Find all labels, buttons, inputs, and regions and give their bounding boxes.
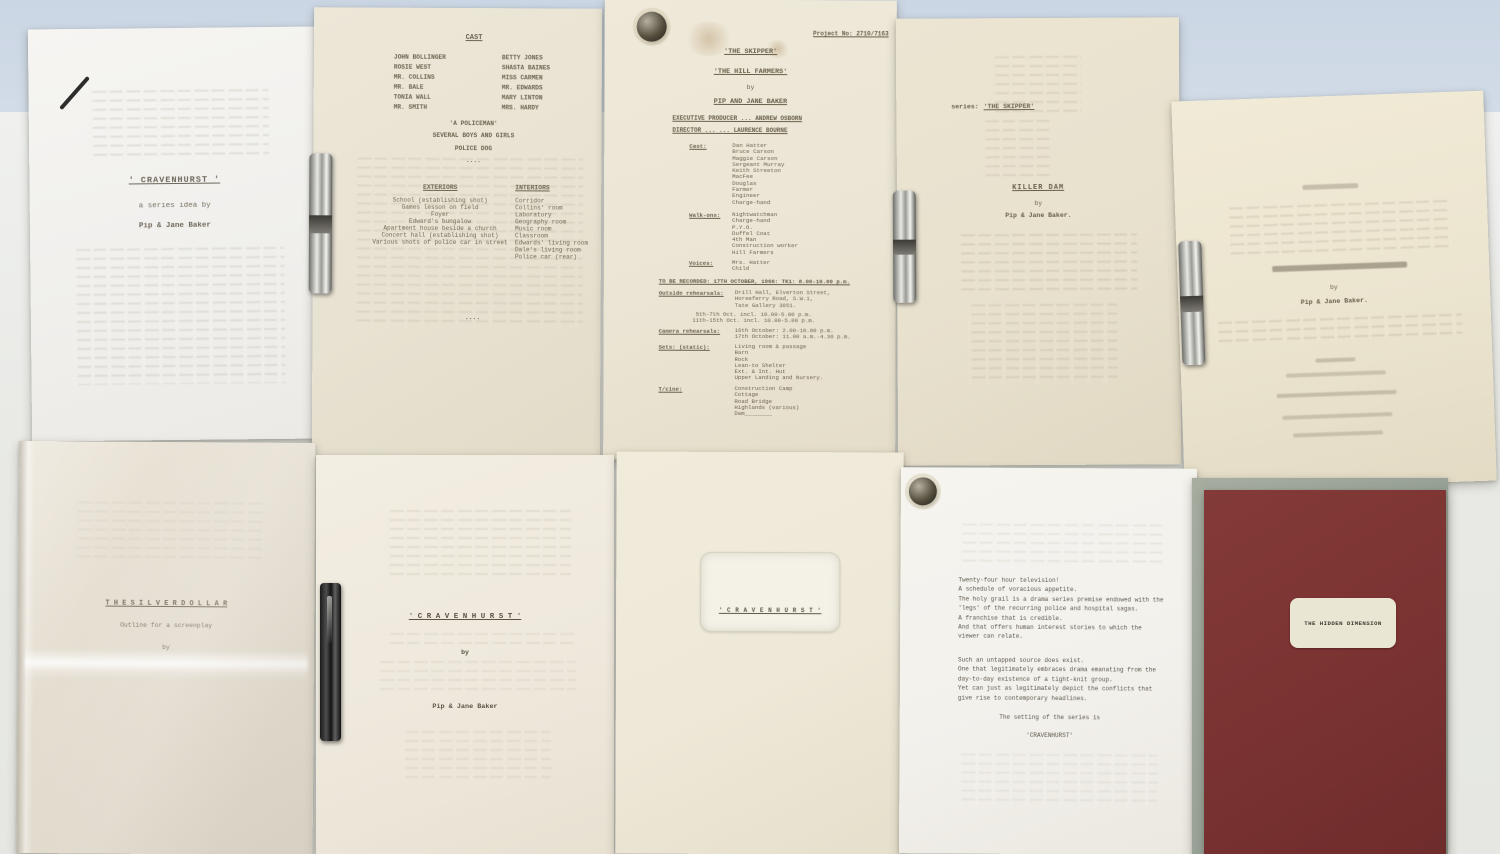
voice-name: Child: [732, 266, 770, 272]
voices-label: Voices:: [689, 260, 732, 273]
interiors-block: INTERIORS CorridorCollins' roomLaborator…: [515, 184, 615, 261]
authors: Pip & Jane Baker: [316, 703, 614, 711]
cast-name: MISS CARMEN: [502, 73, 584, 83]
cast-name: JOHN BOLLINGER: [394, 53, 502, 64]
walkons-section: Walk-ons: NightwatchmanCharge-handP.Y.O.…: [689, 212, 798, 256]
rehearsal-dates: 5th-7th Oct. incl. 10.00-5.00 p.m.11th-1…: [659, 312, 849, 325]
sets-section: Sets: (static): Living room & passageBar…: [658, 344, 823, 382]
recording-line: TO BE RECORDED: 17TH OCTOBER, 1966: TK1:…: [659, 278, 891, 286]
camera-list: 16th October: 2.00-10.00 p.m.17th Octobe…: [735, 328, 851, 341]
document-cast-sheet: CAST JOHN BOLLINGERROSIE WESTMR. COLLINS…: [312, 7, 602, 459]
ghost-text: [957, 233, 1137, 290]
tcine-list: Construction CampCottageRoad BridgeHighl…: [734, 386, 799, 418]
authors: Pip & Jane Baker.: [897, 211, 1180, 219]
ghost-dialogue: [1315, 357, 1355, 362]
exteriors-header: EXTERIORS: [371, 184, 509, 192]
document-cravenhurst-pitch: Twenty-four hour television!A schedule o…: [899, 467, 1197, 854]
doc1-subtitle: a series idea by: [30, 200, 320, 211]
series-title: 'THE SKIPPER': [605, 47, 897, 56]
doc1-authors: Pip & Jane Baker: [30, 220, 320, 231]
camera-line: 17th October: 11.00 a.m.-4.30 p.m.: [735, 334, 851, 341]
series-title: 'THE SKIPPER': [984, 103, 1035, 110]
pitch-line: give rise to contemporary headlines.: [958, 693, 1180, 704]
document-killer-dam: series: 'THE SKIPPER' KILLER DAM by Pip …: [896, 17, 1181, 465]
outside-label: Outside rehearsals:: [659, 290, 735, 309]
ghost-text: [376, 661, 576, 697]
project-number: Project No: 2710/7163: [755, 30, 889, 37]
camera-rehearsals-section: Camera rehearsals: 16th October: 2.00-10…: [659, 328, 851, 341]
cast-name: MR. COLLINS: [394, 73, 502, 84]
cast-extra-line: ....: [358, 155, 588, 169]
ghost-text: [386, 633, 576, 647]
authors: PIP AND JANE BAKER: [604, 97, 896, 106]
cast-extra-line: POLICE DOG: [358, 142, 588, 156]
cast-section: Cast: Dan HatterBruce CarsonMaggie Carso…: [689, 143, 784, 206]
exterior-item: Various shots of police car in street: [371, 239, 509, 247]
cast-column-left: JOHN BOLLINGERROSIE WESTMR. COLLINSMR. B…: [394, 53, 502, 114]
director-line: DIRECTOR ... ... LAURENCE BOURNE: [672, 127, 882, 135]
ghost-dialogue: [1286, 370, 1386, 377]
producer-line: EXECUTIVE PRODUCER ... ANDREW OSBORN: [672, 115, 882, 123]
metal-stud-fastener: [909, 477, 937, 505]
tcine-section: T/cine: Construction CampCottageRoad Bri…: [658, 386, 799, 418]
title-label: ' C R A V E N H U R S T ': [700, 552, 840, 632]
outside-list: Drill Hall, Elverton Street,Horseferry R…: [735, 290, 831, 309]
handwritten-mark: [59, 76, 90, 110]
tcine-location: Dam________: [734, 411, 799, 418]
ghost-text: [958, 524, 1163, 569]
voices-section: Voices: Mrs. HatterChild: [689, 260, 770, 273]
doc8-label-text: ' C R A V E N H U R S T ': [701, 607, 839, 614]
document-hidden-dimension: THE HIDDEN DIMENSION: [1204, 490, 1446, 854]
doc10-label-text: THE HIDDEN DIMENSION: [1304, 620, 1382, 627]
authors: Pip & Jane Baker.: [1178, 293, 1490, 311]
episode-title: KILLER DAM: [897, 183, 1180, 192]
ghost-text: [981, 120, 1053, 176]
walkon-name: Hill Farmers: [732, 250, 798, 257]
document-cravenhurst-outline: ' C R A V E N H U R S T ' by Pip & Jane …: [316, 455, 614, 854]
ghost-dialogue: [1277, 390, 1397, 398]
cast-name: MRS. HARDY: [502, 103, 584, 113]
sets-label: Sets: (static):: [658, 344, 734, 382]
metal-stud-fastener: [637, 12, 667, 42]
cast-name: MARY LINTON: [502, 93, 584, 103]
camera-label: Camera rehearsals:: [659, 328, 735, 341]
ghost-dialogue: [1282, 412, 1392, 420]
ghost-text: [1225, 200, 1452, 260]
cast-list: Dan HatterBruce CarsonMaggie CarsonSerge…: [732, 143, 784, 206]
interior-item: Police car (rear): [515, 253, 615, 261]
walkons-list: NightwatchmanCharge-handP.Y.O.Duffel Coa…: [732, 212, 798, 256]
ghost-text: [88, 89, 269, 163]
voices-list: Mrs. HatterChild: [732, 260, 770, 273]
ghost-text: [1214, 314, 1463, 345]
series-label: series:: [951, 103, 978, 110]
doc7-title: ' C R A V E N H U R S T ': [316, 613, 614, 621]
document-silver-dollar: T H E S I L V E R D O L L A R Outline fo…: [17, 441, 316, 854]
cast-extra-lines: 'A POLICEMAN'SEVERAL BOYS AND GIRLSPOLIC…: [358, 117, 588, 168]
cast-name: MR. SMITH: [394, 103, 502, 114]
document-cravenhurst-series-idea: ' CRAVENHURST ' a series idea by Pip & J…: [28, 26, 322, 441]
plastic-sleeve-overlay: [17, 441, 316, 854]
ghost-text: [401, 731, 551, 779]
ghost-title: [1302, 183, 1358, 190]
ghost-dialogue: [1293, 430, 1383, 437]
ghost-text: [386, 510, 571, 582]
sets-list: Living room & passageBarnRockLean-to She…: [734, 344, 823, 382]
interiors-header: INTERIORS: [515, 184, 615, 192]
by-line: by: [316, 649, 614, 656]
cast-name: Charge-hand: [732, 200, 784, 206]
address-line: Tate Gallery 3051.: [735, 303, 831, 310]
cast-name: TONIA WALL: [394, 93, 502, 104]
crumpled-edge: [17, 441, 36, 853]
spine-fastener: [320, 583, 341, 741]
series-line: series: 'THE SKIPPER': [951, 103, 1034, 110]
cast-name: ROSIE WEST: [394, 63, 502, 74]
by-line: by: [604, 83, 896, 91]
cast-extra-line: 'A POLICEMAN': [359, 117, 589, 131]
cast-end-mark: ....: [353, 313, 593, 321]
document-skipper-script: by Pip & Jane Baker.: [1171, 91, 1496, 492]
cast-title: CAST: [354, 33, 594, 42]
pitch-closing-line: The setting of the series is: [940, 713, 1160, 721]
photo-of-script-documents: { "documents": { "craven_series_idea": {…: [0, 0, 1500, 854]
episode-title: 'THE HILL FARMERS': [605, 67, 897, 76]
ghost-text: [72, 247, 285, 385]
pitch-line: viewer can relate.: [958, 632, 1180, 643]
cast-columns: JOHN BOLLINGERROSIE WESTMR. COLLINSMR. B…: [394, 53, 584, 114]
cast-name: MR. EDWARDS: [502, 83, 584, 93]
pitch-paragraph-1: Twenty-four hour television!A schedule o…: [958, 576, 1180, 643]
doc1-title: ' CRAVENHURST ': [29, 173, 319, 186]
cast-name: MR. BALE: [394, 83, 502, 94]
cast-name: SHASTA BAINES: [502, 63, 584, 73]
binder-clip: [893, 191, 917, 303]
ghost-text: [967, 304, 1117, 385]
walkons-label: Walk-ons:: [689, 212, 732, 256]
exteriors-block: EXTERIORS School (establishing shot)Game…: [371, 184, 509, 247]
date-line: 11th-15th Oct. incl. 10.00-5.00 p.m.: [659, 318, 849, 325]
document-hill-farmers: Project No: 2710/7163 'THE SKIPPER' 'THE…: [603, 0, 897, 461]
binder-clip: [1178, 241, 1205, 366]
ghost-text: [957, 754, 1157, 807]
exteriors-list: School (establishing shot)Games lesson o…: [371, 197, 509, 247]
binder-clip: [309, 153, 333, 293]
bold-underlined-line: [1272, 261, 1407, 272]
outside-rehearsals-section: Outside rehearsals: Drill Hall, Elverton…: [659, 290, 831, 309]
interiors-list: CorridorCollins' roomLaboratoryGeography…: [515, 197, 615, 261]
pitch-paragraph-2: Such an untapped source does exist.One t…: [958, 656, 1180, 704]
cast-name: BETTY JONES: [502, 53, 584, 63]
by-line: by: [897, 199, 1180, 207]
tcine-label: T/cine:: [658, 386, 734, 418]
cast-label: Cast:: [689, 143, 732, 206]
set-name: Upper Landing and Nursery.: [734, 375, 823, 382]
title-label: THE HIDDEN DIMENSION: [1290, 598, 1396, 648]
document-cravenhurst-cover: ' C R A V E N H U R S T ': [615, 452, 903, 854]
pitch-series-title: 'CRAVENHURST': [940, 731, 1160, 739]
cast-column-right: BETTY JONESSHASTA BAINESMISS CARMENMR. E…: [502, 53, 584, 113]
cast-extra-line: SEVERAL BOYS AND GIRLS: [358, 130, 588, 144]
